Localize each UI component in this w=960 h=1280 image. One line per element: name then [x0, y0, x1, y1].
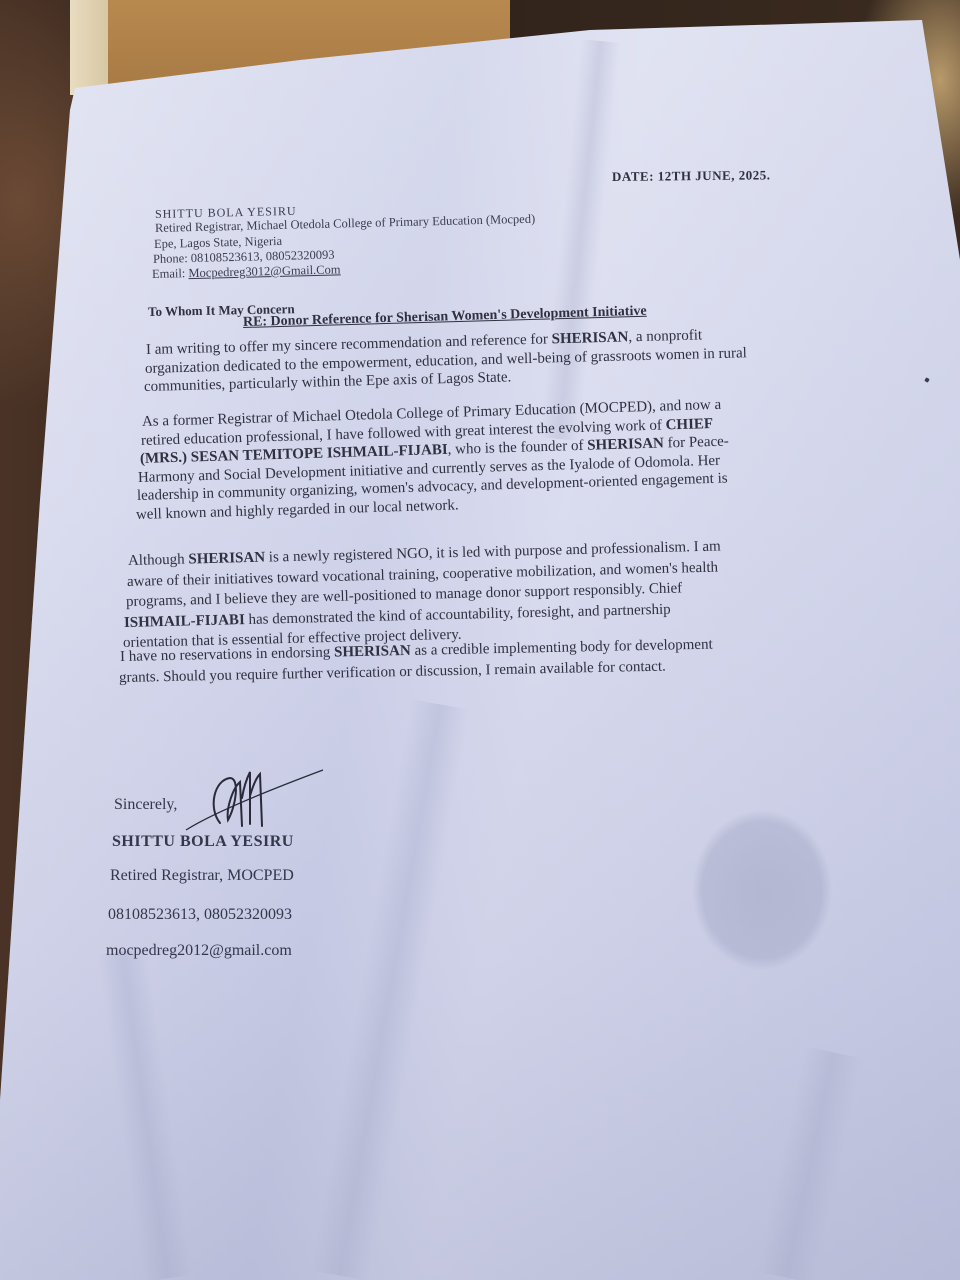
reference-letter: DATE: 12TH JUNE, 2025. SHITTU BOLA YESIR…	[0, 0, 960, 1280]
emphasized-text: SHERISAN	[188, 550, 265, 568]
handwritten-signature	[178, 768, 328, 838]
sender-email-line: Email: Mocpedreg3012@Gmail.Com	[152, 263, 341, 280]
subject-line: RE: Donor Reference for Sherisan Women's…	[243, 305, 647, 330]
emphasized-text: SHERISAN	[334, 643, 411, 661]
closing-email[interactable]: mocpedreg2012@gmail.com	[106, 942, 292, 960]
emphasized-text: CHIEF	[665, 416, 713, 433]
closing-phones: 08108523613, 08052320093	[108, 906, 292, 924]
sender-location: Epe, Lagos State, Nigeria	[154, 235, 282, 251]
emphasized-text: SHERISAN	[587, 435, 664, 453]
closing-name: SHITTU BOLA YESIRU	[112, 833, 294, 851]
emphasized-text: ISHMAIL-FIJABI	[124, 612, 245, 631]
sender-email-link[interactable]: Mocpedreg3012@Gmail.Com	[188, 262, 340, 280]
letter-date: DATE: 12TH JUNE, 2025.	[612, 168, 771, 183]
paper-speck	[924, 377, 929, 382]
closing-title: Retired Registrar, MOCPED	[110, 867, 294, 885]
valediction: Sincerely,	[114, 796, 177, 814]
emphasized-text: SHERISAN	[551, 329, 628, 347]
sender-email-label: Email:	[152, 266, 189, 281]
paragraph-line: grants. Should you require further verif…	[119, 660, 666, 686]
